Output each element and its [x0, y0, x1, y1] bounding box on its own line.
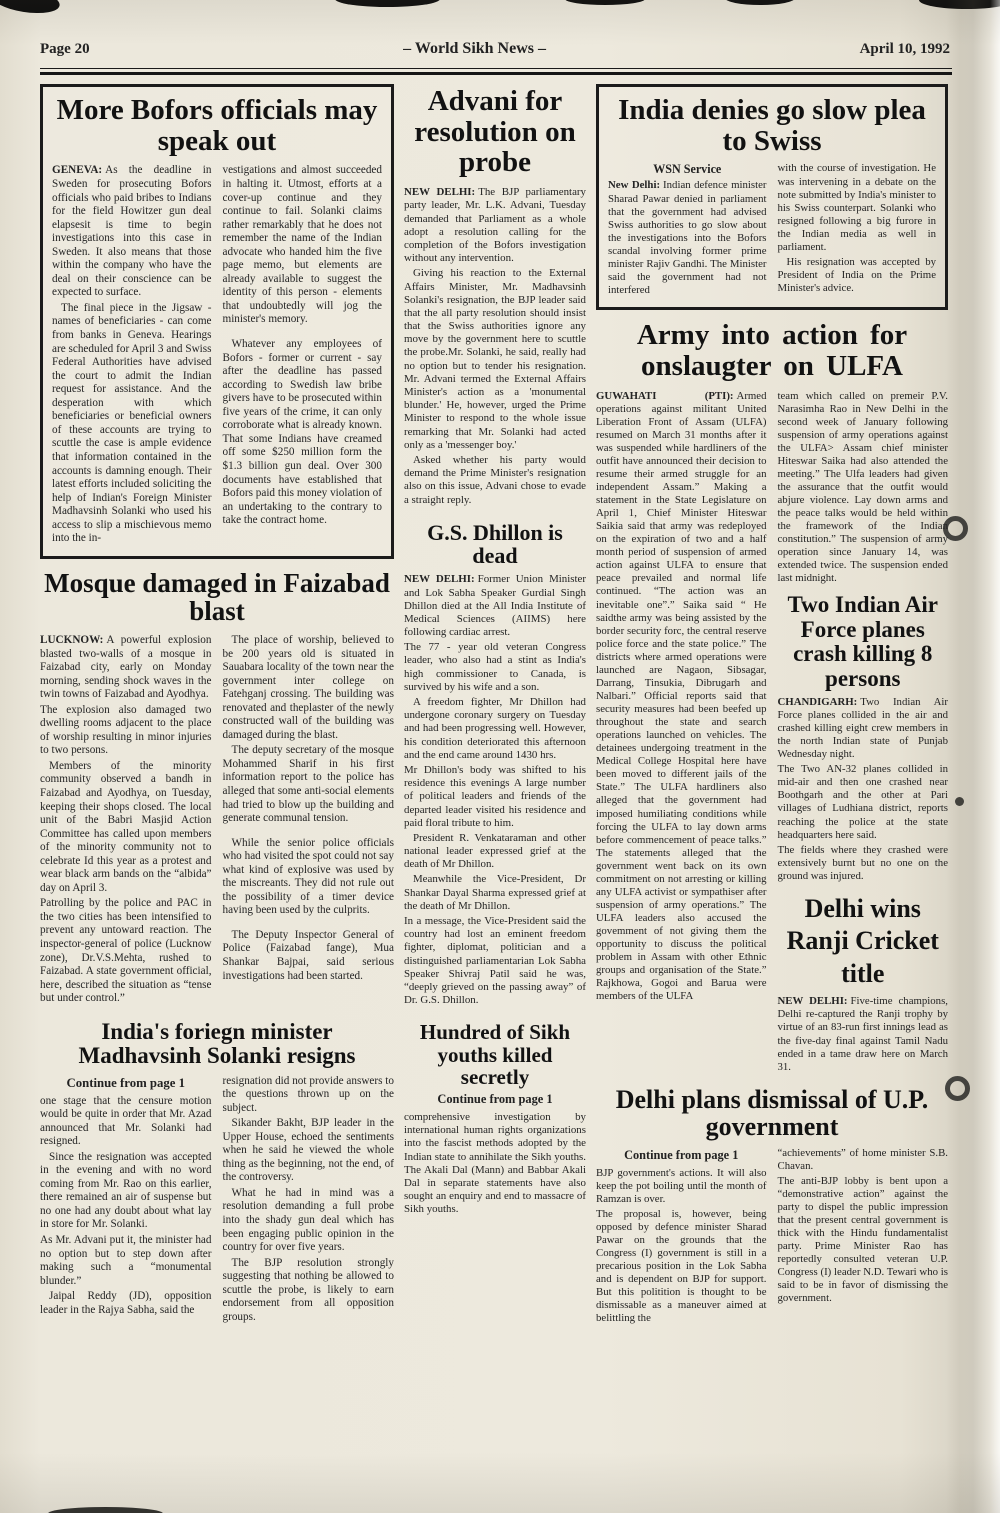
paragraph: The proposal is, however, being opposed … — [596, 1208, 767, 1326]
paragraph: The fields where they crashed were exten… — [778, 844, 949, 883]
mosque-headline: Mosque damaged in Faizabad blast — [40, 569, 394, 626]
page-content: More Bofors officials may speak out GENE… — [40, 84, 948, 1328]
scan-artifact — [0, 0, 61, 17]
left-band: More Bofors officials may speak out GENE… — [40, 84, 394, 1326]
article-solanki-resigns: India's foriegn minister Madhavsinh Sola… — [40, 1020, 394, 1327]
paragraph: His resignation was accepted by Presiden… — [778, 256, 937, 295]
article-column: GENEVA:As the deadline in Sweden for pro… — [52, 164, 212, 547]
paragraph: CHANDIGARH:Two Indian Air Force planes c… — [778, 696, 949, 761]
paragraph: The BJP resolution strongly suggesting t… — [223, 1257, 395, 1325]
paragraph: BJP government's actions. It will also k… — [596, 1167, 767, 1206]
dateline: NEW DELHI: — [404, 573, 475, 585]
paragraph: Mr Dhillon's body was shifted to his res… — [404, 764, 586, 830]
solanki-columns: Continue from page 1 one stage that the … — [40, 1075, 394, 1327]
advani-headline: Advani for resolution on probe — [404, 86, 586, 178]
paragraph: As Mr. Advani put it, the minister had n… — [40, 1234, 212, 1288]
paragraph-text: Armed operations against militant United… — [596, 390, 767, 1003]
paragraph-text: As the deadline in Sweden for prosecutin… — [52, 164, 212, 298]
dateline: NEW DELHI: — [778, 995, 848, 1007]
scan-artifact — [725, 0, 795, 5]
article-column: GUWAHATI (PTI):Armed operations against … — [596, 390, 767, 1006]
paragraph: resignation did not provide answers to t… — [223, 1075, 395, 1116]
paragraph: While the senior police officials who ha… — [223, 837, 395, 918]
dateline: CHANDIGARH: — [778, 696, 858, 708]
scan-artifact — [919, 0, 1000, 9]
paragraph: The 77 - year old veteran Congress leade… — [404, 641, 586, 694]
byline: WSN Service — [608, 162, 767, 177]
paragraph: The final piece in the Jigsaw - names of… — [52, 302, 212, 546]
paragraph: Asked whether his party would demand the… — [404, 454, 586, 507]
article-bofors: More Bofors officials may speak out GENE… — [40, 84, 394, 559]
swiss-columns: WSN Service New Delhi:Indian defence min… — [608, 162, 936, 299]
bofors-columns: GENEVA:As the deadline in Sweden for pro… — [52, 164, 382, 547]
paragraph-text: Indian defence minister Sharad Pawar den… — [608, 179, 767, 296]
paragraph: Sikander Bakht, BJP leader in the Upper … — [223, 1117, 395, 1185]
article-column: WSN Service New Delhi:Indian defence min… — [608, 162, 767, 299]
paragraph: Whatever any employees of Bofors - forme… — [223, 338, 383, 528]
scan-artifact — [48, 1507, 163, 1513]
paragraph: with the course of investigation. He was… — [778, 162, 937, 253]
page-header: Page 20 – World Sikh News – April 10, 19… — [40, 40, 950, 58]
paragraph: Meanwhile the Vice-President, Dr Shankar… — [404, 873, 586, 913]
paragraph: President R. Venkataraman and other nati… — [404, 832, 586, 872]
article-column: “achievements” of home minister S.B. Cha… — [778, 1147, 949, 1308]
paragraph: In a message, the Vice-President said th… — [404, 915, 586, 1007]
article-column: Continue from page 1 BJP government's ac… — [596, 1147, 767, 1328]
ulfa-columns: GUWAHATI (PTI):Armed operations against … — [596, 390, 948, 1076]
article-dhillon: G.S. Dhillon is dead NEW DELHI:Former Un… — [404, 521, 586, 1008]
article-swiss: India denies go slow plea to Swiss WSN S… — [596, 84, 948, 310]
article-sikh-youths: Hundred of Sikh youths killed secretly C… — [404, 1021, 586, 1216]
paragraph: A freedom fighter, Mr Dhillon had underg… — [404, 696, 586, 762]
dateline: NEW DELHI: — [404, 186, 475, 198]
dateline: GENEVA: — [52, 164, 102, 176]
up-govt-columns: Continue from page 1 BJP government's ac… — [596, 1147, 948, 1328]
scan-artifact — [955, 797, 964, 806]
paragraph: comprehensive investigation by internati… — [404, 1111, 586, 1217]
header-rule-thick — [40, 72, 952, 75]
paragraph: NEW DELHI:The BJP parliamentary party le… — [404, 186, 586, 265]
continued-from-label: Continue from page 1 — [404, 1092, 586, 1107]
article-column: The place of worship, believed to be 200… — [223, 634, 395, 985]
paragraph: Jaipal Reddy (JD), opposition leader in … — [40, 1290, 212, 1317]
paragraph: What he had in mind was a resolution dem… — [223, 1187, 395, 1255]
paragraph: New Delhi:Indian defence minister Sharad… — [608, 179, 767, 297]
article-advani: Advani for resolution on probe NEW DELHI… — [404, 86, 586, 507]
up-govt-headline: Delhi plans dismissal of U.P. government — [596, 1086, 948, 1141]
middle-band: Advani for resolution on probe NEW DELHI… — [404, 84, 586, 1219]
mosque-columns: LUCKNOW:A powerful explosion blasted two… — [40, 634, 394, 1008]
newspaper-page: Page 20 – World Sikh News – April 10, 19… — [0, 0, 1000, 1513]
dateline: New Delhi: — [608, 179, 660, 191]
paragraph: team which called on premeir P.V. Narasi… — [778, 390, 949, 586]
paragraph: “achievements” of home minister S.B. Cha… — [778, 1147, 949, 1173]
ranji-headline: Delhi wins Ranji Cricket title — [778, 893, 949, 991]
dhillon-headline: G.S. Dhillon is dead — [404, 521, 586, 568]
article-column: Continue from page 1 one stage that the … — [40, 1075, 212, 1320]
continued-from-label: Continue from page 1 — [40, 1076, 212, 1091]
continued-from-label: Continue from page 1 — [596, 1148, 767, 1163]
article-planes: Two Indian Air Force planes crash killin… — [778, 593, 949, 882]
article-column: resignation did not provide answers to t… — [223, 1075, 395, 1327]
paragraph: Members of the minority community observ… — [40, 760, 212, 895]
article-up-govt: Delhi plans dismissal of U.P. government… — [596, 1086, 948, 1328]
scan-artifact — [565, 0, 645, 5]
paragraph: The Two AN-32 planes collided in mid-air… — [778, 763, 949, 841]
scan-artifact — [335, 0, 440, 7]
right-band: India denies go slow plea to Swiss WSN S… — [596, 84, 948, 1328]
dateline: GUWAHATI (PTI): — [596, 390, 734, 402]
paragraph: Since the resignation was accepted in th… — [40, 1151, 212, 1232]
page-number: Page 20 — [40, 41, 90, 58]
paragraph: Patrolling by the police and PAC in the … — [40, 897, 212, 1005]
issue-date: April 10, 1992 — [860, 41, 950, 58]
paragraph: GENEVA:As the deadline in Sweden for pro… — [52, 164, 212, 299]
masthead: – World Sikh News – — [403, 40, 546, 58]
paragraph: The explosion also damaged two dwelling … — [40, 704, 212, 758]
article-column: with the course of investigation. He was… — [778, 162, 937, 297]
paragraph: The deputy secretary of the mosque Moham… — [223, 744, 395, 825]
article-ulfa: Army into action for onslaugter on ULFA … — [596, 320, 948, 1076]
paragraph: NEW DELHI:Five-time champions, Delhi re-… — [778, 995, 949, 1073]
sikh-youths-headline: Hundred of Sikh youths killed secretly — [404, 1021, 586, 1088]
paragraph: The Deputy Inspector General of Police (… — [223, 929, 395, 983]
header-rule-thin — [40, 68, 952, 69]
swiss-headline: India denies go slow plea to Swiss — [608, 95, 936, 156]
article-column: LUCKNOW:A powerful explosion blasted two… — [40, 634, 212, 1008]
paragraph: LUCKNOW:A powerful explosion blasted two… — [40, 634, 212, 702]
article-column: team which called on premeir P.V. Narasi… — [778, 390, 949, 1076]
paragraph: vestigations and almost succeeded in hal… — [223, 164, 383, 327]
article-ranji: Delhi wins Ranji Cricket title NEW DELHI… — [778, 893, 949, 1074]
planes-headline: Two Indian Air Force planes crash killin… — [778, 593, 949, 691]
ulfa-headline: Army into action for onslaugter on ULFA — [596, 320, 948, 381]
scan-artifact — [945, 1076, 970, 1101]
paragraph: GUWAHATI (PTI):Armed operations against … — [596, 390, 767, 1004]
bofors-headline: More Bofors officials may speak out — [52, 95, 382, 156]
paragraph: one stage that the censure motion would … — [40, 1095, 212, 1149]
dateline: LUCKNOW: — [40, 634, 103, 646]
paragraph: Giving his reaction to the External Affa… — [404, 267, 586, 452]
solanki-headline: India's foriegn minister Madhavsinh Sola… — [40, 1020, 394, 1069]
paragraph: NEW DELHI:Former Union Minister and Lok … — [404, 573, 586, 639]
paragraph: The anti-BJP lobby is bent upon a “demon… — [778, 1175, 949, 1306]
article-mosque: Mosque damaged in Faizabad blast LUCKNOW… — [40, 569, 394, 1008]
paragraph: The place of worship, believed to be 200… — [223, 634, 395, 742]
article-column: vestigations and almost succeeded in hal… — [223, 164, 383, 529]
page-edge-shadow — [946, 0, 1000, 1513]
